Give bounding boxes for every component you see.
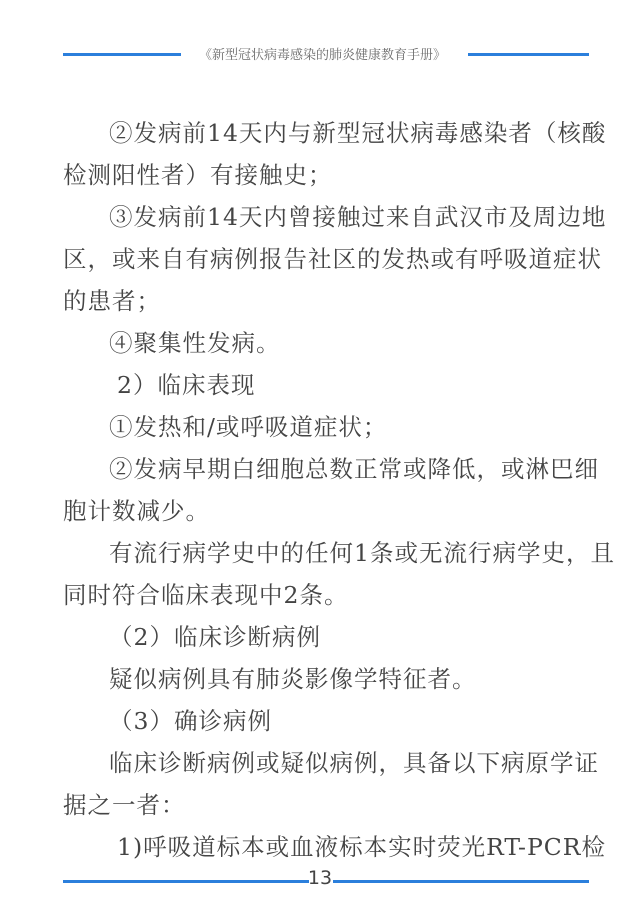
body-line: 疑似病例具有肺炎影像学特征者。 xyxy=(63,658,583,700)
header-rule-right xyxy=(468,53,589,56)
footer-rule-left xyxy=(63,880,309,883)
subheading-confirmed-case: （3）确诊病例 xyxy=(63,700,583,742)
page-number: 13 xyxy=(305,867,335,889)
page-footer: 13 xyxy=(0,866,640,894)
body-line: 1)呼吸道标本或血液标本实时荧光RT-PCR检 xyxy=(63,826,583,868)
book-title: 《新型冠状病毒感染的肺炎健康教育手册》 xyxy=(190,44,455,63)
subheading-clinical-manifestation: 2）临床表现 xyxy=(63,364,583,406)
footer-rule-right xyxy=(333,880,589,883)
page-header: 《新型冠状病毒感染的肺炎健康教育手册》 xyxy=(0,40,640,68)
page-body: ②发病前14天内与新型冠状病毒感染者（核酸 检测阳性者）有接触史； ③发病前14… xyxy=(63,112,583,868)
body-line: 据之一者： xyxy=(63,784,583,826)
body-line: 区，或来自有病例报告社区的发热或有呼吸道症状 xyxy=(63,238,583,280)
body-line: ④聚集性发病。 xyxy=(63,322,583,364)
body-line: ②发病早期白细胞总数正常或降低，或淋巴细 xyxy=(63,448,583,490)
body-line: ①发热和/或呼吸道症状； xyxy=(63,406,583,448)
subheading-clinical-diagnosis: （2）临床诊断病例 xyxy=(63,616,583,658)
body-line: 胞计数减少。 xyxy=(63,490,583,532)
body-line: 有流行病学史中的任何1条或无流行病学史，且 xyxy=(63,532,583,574)
body-line: ②发病前14天内与新型冠状病毒感染者（核酸 xyxy=(63,112,583,154)
body-line: 同时符合临床表现中2条。 xyxy=(63,574,583,616)
body-line: 的患者； xyxy=(63,280,583,322)
body-line: 检测阳性者）有接触史； xyxy=(63,154,583,196)
header-rule-left xyxy=(63,53,181,56)
body-line: 临床诊断病例或疑似病例，具备以下病原学证 xyxy=(63,742,583,784)
body-line: ③发病前14天内曾接触过来自武汉市及周边地 xyxy=(63,196,583,238)
